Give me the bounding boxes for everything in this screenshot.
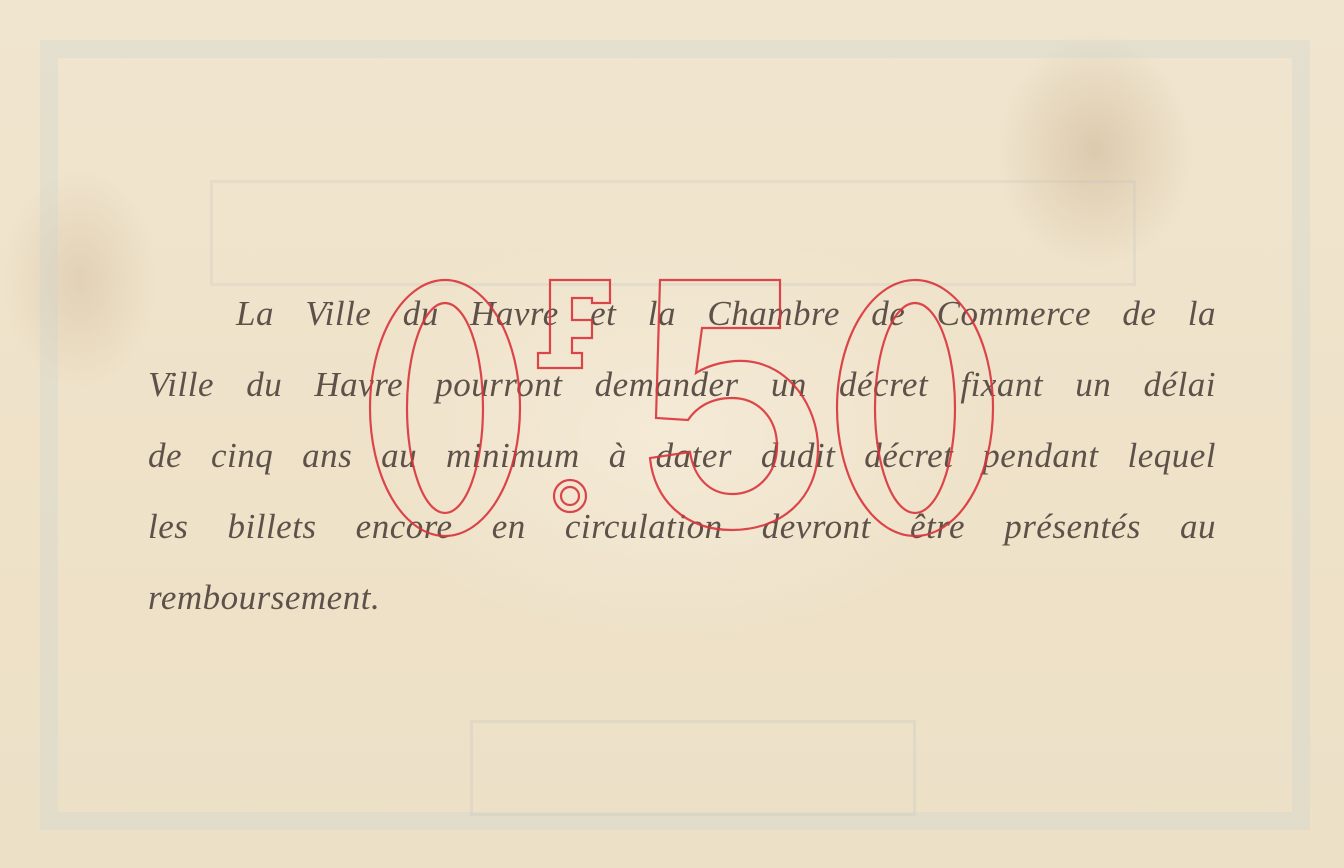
digit-zero-outline [837, 280, 993, 536]
banknote-paper: La Ville du Havre et la Chambre de Comme… [0, 0, 1344, 868]
faded-showthrough-cartouche [470, 720, 916, 816]
digit-five-outline [650, 280, 818, 530]
paragraph-line: remboursement. [148, 562, 1216, 633]
digit-zero-outline [370, 280, 520, 536]
currency-f-outline [538, 280, 610, 368]
decimal-point-outline [554, 480, 586, 512]
denomination-stamp [360, 268, 1020, 538]
